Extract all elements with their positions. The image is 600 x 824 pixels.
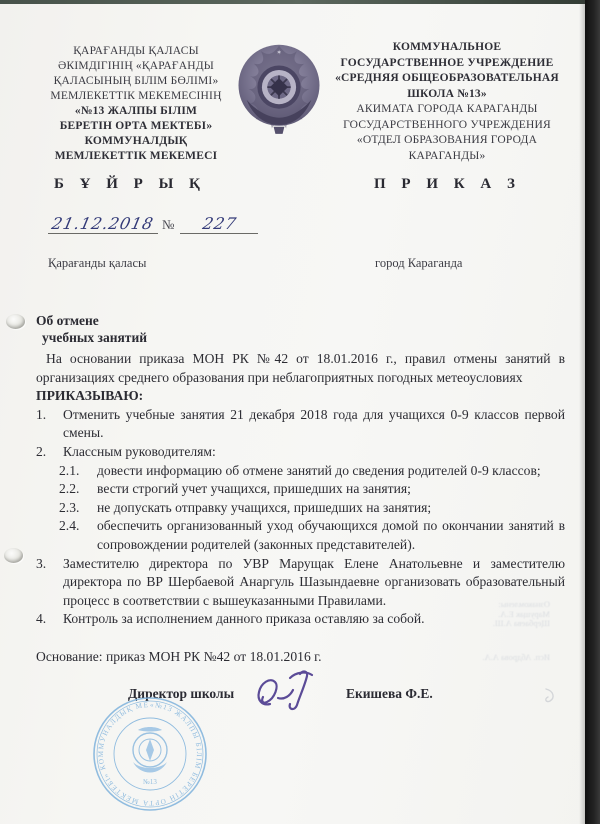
item-number: 3. <box>36 555 63 611</box>
order-title-russian: П Р И К А З <box>374 176 521 193</box>
svg-text:№13: №13 <box>143 778 157 786</box>
sub-list: 2.1. довести информацию об отмене заняти… <box>36 462 565 555</box>
city-kazakh: Қарағанды қаласы <box>48 256 146 270</box>
ordered-list: 1. Отменить учебные занятия 21 декабря 2… <box>36 406 565 629</box>
letterhead-line: ӘКІМДІГІНІҢ «ҚАРАҒАНДЫ <box>36 59 236 74</box>
letterhead: ҚАРАҒАНДЫ ҚАЛАСЫ ӘКІМДІГІНІҢ «ҚАРАҒАНДЫ … <box>36 40 568 164</box>
letterhead-line: КОММУНАЛДЫҚ <box>36 134 236 149</box>
item-text: вести строгий учет учащихся, пришедших н… <box>97 480 565 499</box>
item-text: довести информацию об отмене занятий до … <box>97 462 565 481</box>
item-number: 4. <box>36 610 63 629</box>
list-item: 1. Отменить учебные занятия 21 декабря 2… <box>36 406 565 443</box>
subject-line-1: Об отмене <box>36 312 147 329</box>
svg-text:✶: ✶ <box>276 50 281 57</box>
handwritten-date: 21.12.2018 <box>50 214 156 233</box>
letterhead-line: БЕРЕТІН ОРТА МЕКТЕБІ» <box>36 119 236 134</box>
letterhead-line: «ОТДЕЛ ОБРАЗОВАНИЯ ГОРОДА <box>326 133 568 149</box>
item-number: 2.4. <box>59 517 97 554</box>
bleed-through-text: Ознакомлены: Марущак Е.А. Щербаева А.Ш. … <box>478 600 550 662</box>
date-number-line: 21.12.2018№227 <box>48 214 348 244</box>
letterhead-line: ҚАРАҒАНДЫ ҚАЛАСЫ <box>36 44 236 59</box>
letterhead-line: ГОСУДАРСТВЕННОЕ УЧРЕЖДЕНИЕ <box>326 56 568 72</box>
letterhead-line: КОММУНАЛЬНОЕ <box>326 40 568 56</box>
scanned-order-page: ҚАРАҒАНДЫ ҚАЛАСЫ ӘКІМДІГІНІҢ «ҚАРАҒАНДЫ … <box>0 0 600 824</box>
scanner-top-edge <box>0 0 600 4</box>
number-underline: 227 <box>180 214 258 234</box>
letterhead-line: КАРАГАНДЫ» <box>326 149 568 165</box>
signer-name: Екишева Ф.Е. <box>346 686 433 702</box>
letterhead-line: ҚАЛАСЫНЫҢ БІЛІМ БӨЛІМІ» <box>36 74 236 89</box>
kazakhstan-emblem-icon: ✶ <box>234 40 324 141</box>
item-number: 2.1. <box>59 462 97 481</box>
item-text: Классным руководителям: <box>63 443 565 462</box>
intro-paragraph: На основании приказа МОН РК №42 от 18.01… <box>36 350 565 387</box>
order-titles: Б Ұ Й Р Ы Қ П Р И К А З <box>36 176 568 196</box>
school-stamp: «№13 ЖАЛПЫ БІЛІМ БЕРЕТІН ОРТА МЕКТЕБІ» К… <box>88 692 212 821</box>
letterhead-line: МЕМЛЕКЕТТІК МЕКЕМЕСІНІҢ <box>36 89 236 104</box>
item-number: 1. <box>36 406 63 443</box>
sub-list-item: 2.3. не допускать отправку учащихся, при… <box>59 499 565 518</box>
scanner-right-edge <box>585 0 600 824</box>
order-subject: Об отмене учебных занятий <box>36 312 147 346</box>
letterhead-line: ГОСУДАРСТВЕННОГО УЧРЕЖДЕНИЯ <box>326 118 568 134</box>
hole-punch <box>4 548 23 563</box>
letterhead-russian: КОММУНАЛЬНОЕ ГОСУДАРСТВЕННОЕ УЧРЕЖДЕНИЕ … <box>326 40 568 164</box>
letterhead-line: МЕМЛЕКЕТТІК МЕКЕМЕСІ <box>36 149 236 164</box>
item-number: 2.3. <box>59 499 97 518</box>
handwritten-number: 227 <box>201 214 239 233</box>
city-line: Қарағанды қаласы город Караганда <box>48 256 568 271</box>
letterhead-line: АКИМАТА ГОРОДА КАРАГАНДЫ <box>326 102 568 118</box>
item-number: 2. <box>36 443 63 462</box>
item-number: 2.2. <box>59 480 97 499</box>
sub-list-item: 2.2. вести строгий учет учащихся, пришед… <box>59 480 565 499</box>
letterhead-kazakh: ҚАРАҒАНДЫ ҚАЛАСЫ ӘКІМДІГІНІҢ «ҚАРАҒАНДЫ … <box>36 40 236 164</box>
item-text: не допускать отправку учащихся, пришедши… <box>97 499 565 518</box>
handwritten-signature <box>248 668 318 721</box>
hole-punch <box>6 314 25 329</box>
subject-line-2: учебных занятий <box>42 329 147 346</box>
sub-list-item: 2.4. обеспечить организованный уход обуч… <box>59 517 565 554</box>
stray-pen-mark <box>542 686 558 713</box>
list-item: 2. Классным руководителям: <box>36 443 565 462</box>
sub-list-item: 2.1. довести информацию об отмене заняти… <box>59 462 565 481</box>
letterhead-line: «СРЕДНЯЯ ОБЩЕОБРАЗОВАТЕЛЬНАЯ <box>326 71 568 87</box>
order-title-kazakh: Б Ұ Й Р Ы Қ <box>54 176 206 193</box>
city-russian: город Караганда <box>375 256 462 271</box>
item-text: Отменить учебные занятия 21 декабря 2018… <box>63 406 565 443</box>
item-text: обеспечить организованный уход обучающих… <box>97 517 565 554</box>
number-sign: № <box>162 217 174 232</box>
letterhead-line: ШКОЛА №13» <box>326 87 568 103</box>
letterhead-line: «№13 ЖАЛПЫ БІЛІМ <box>36 104 236 119</box>
resolve-word: ПРИКАЗЫВАЮ: <box>36 387 565 406</box>
date-underline: 21.12.2018 <box>48 214 158 234</box>
